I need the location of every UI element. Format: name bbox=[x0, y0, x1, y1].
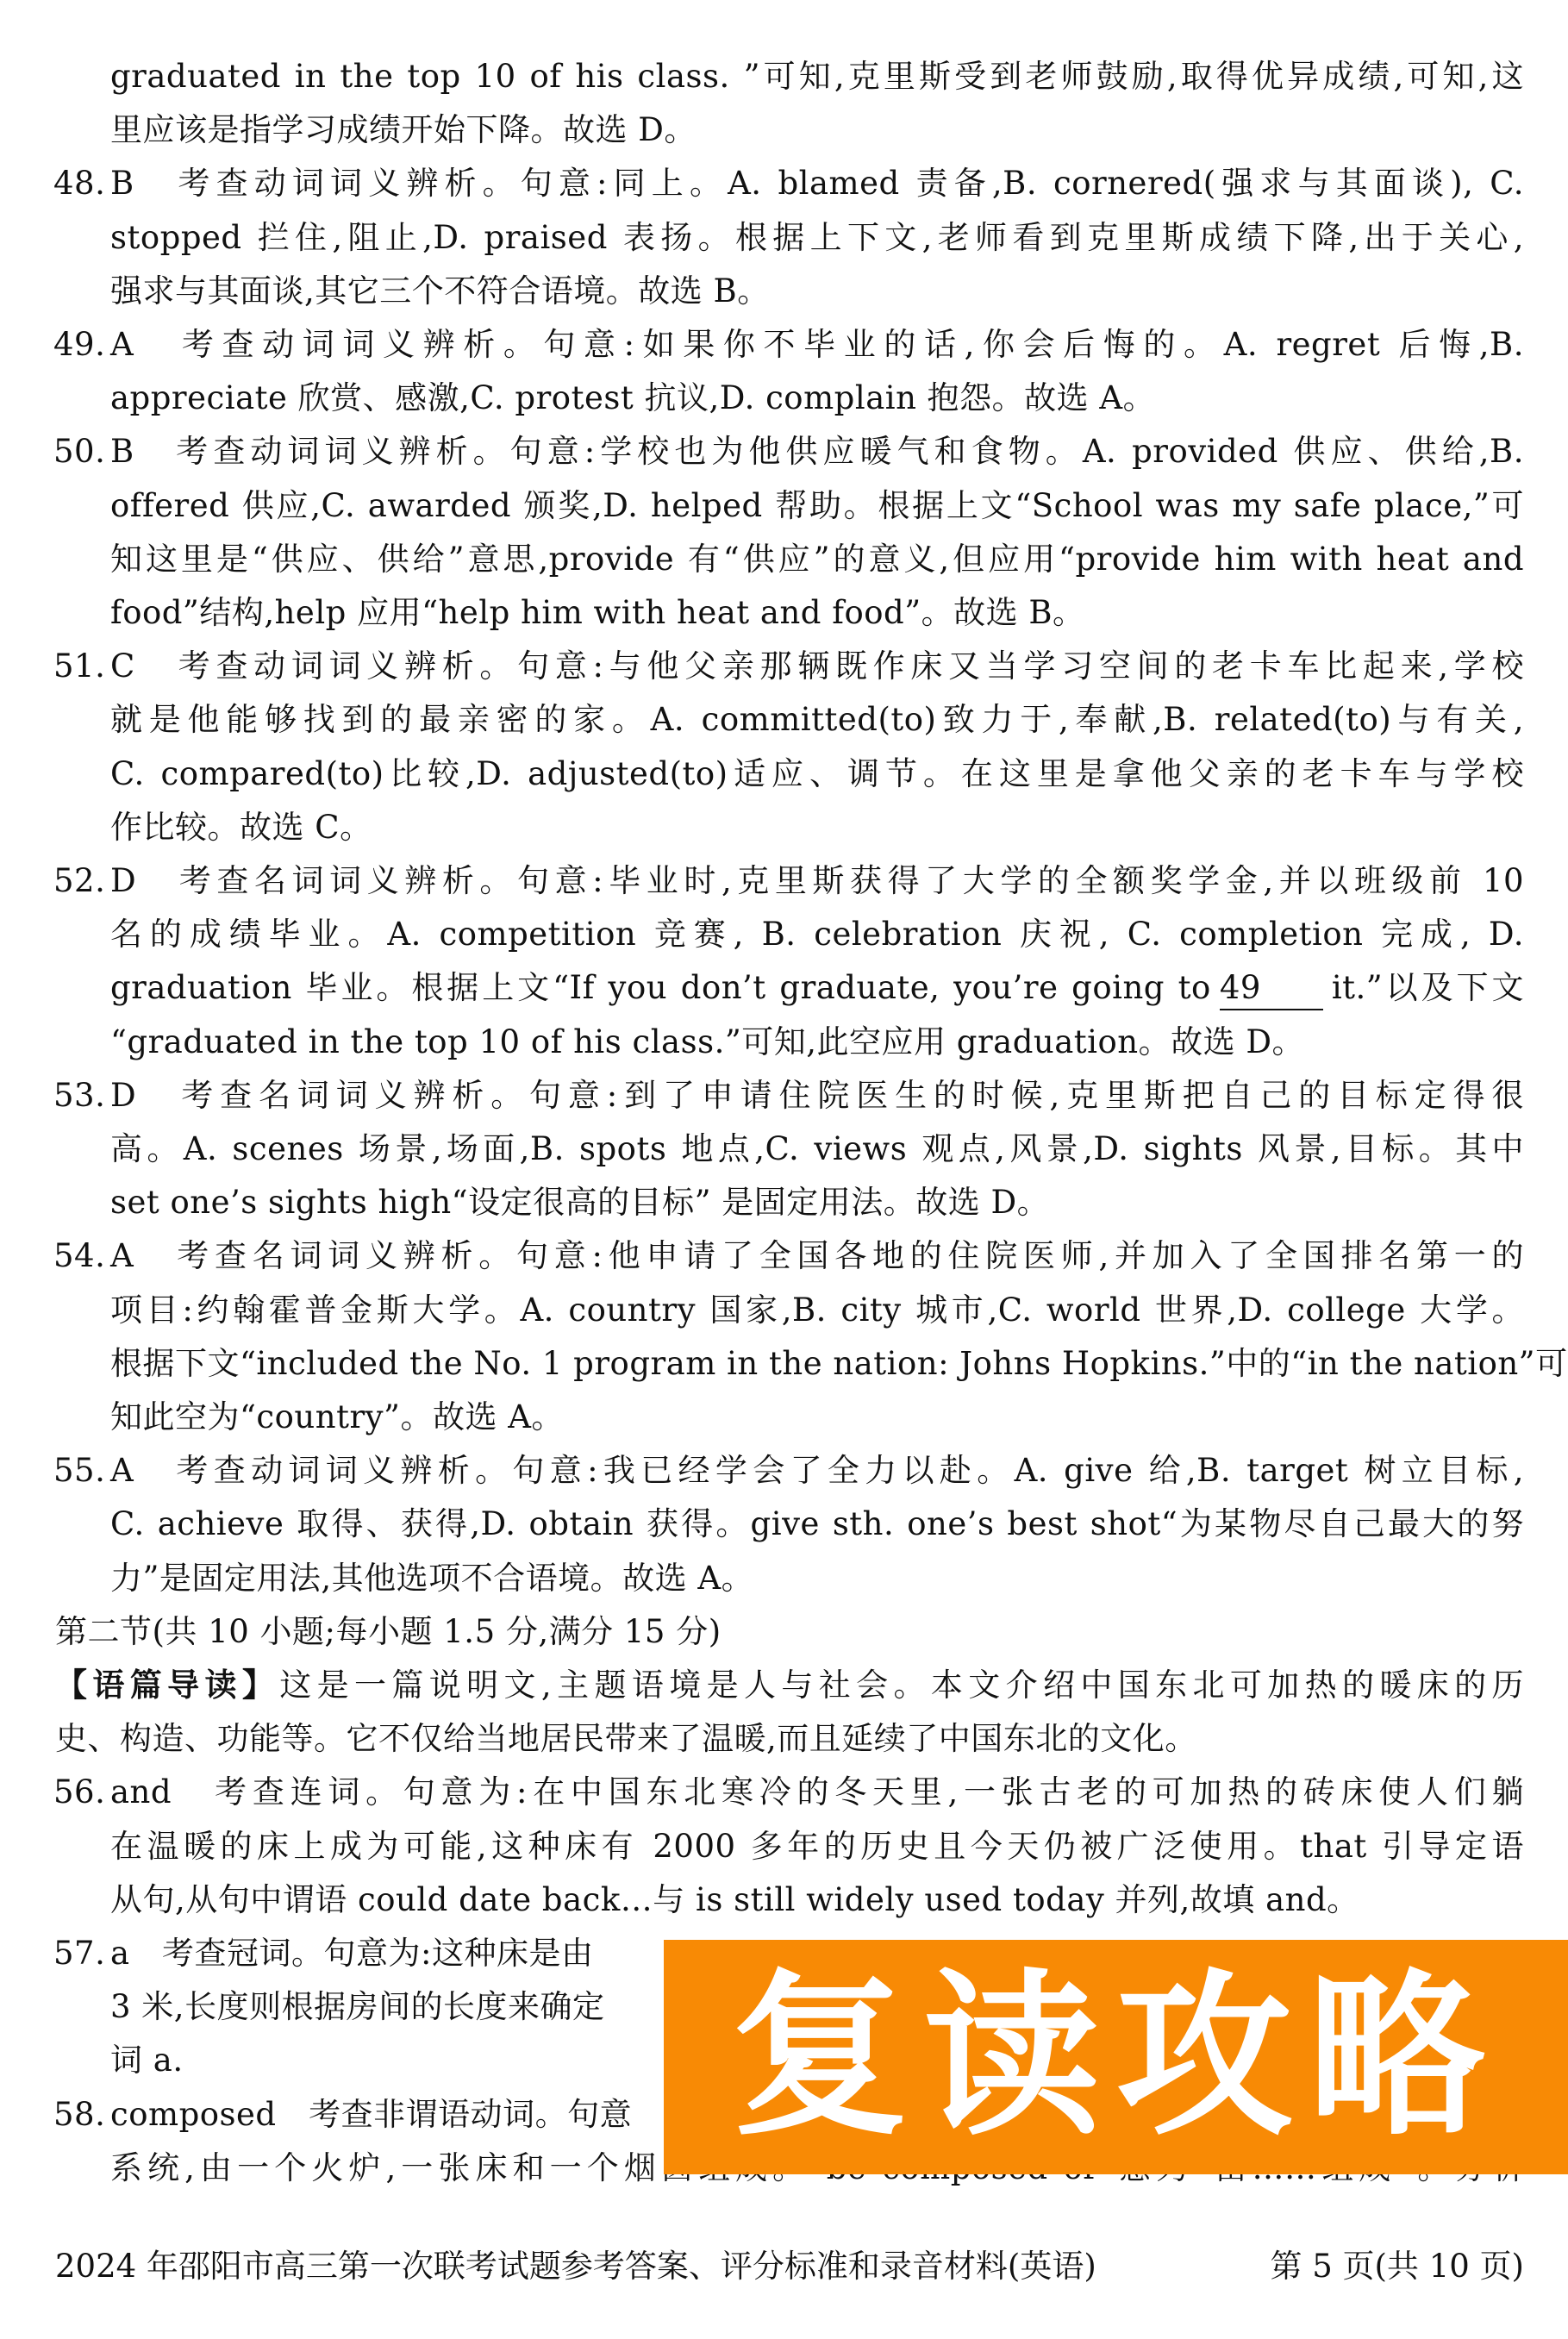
line-text: graduated in the top 10 of his class. ”可… bbox=[110, 58, 1524, 95]
document-page: graduated in the top 10 of his class. ”可… bbox=[0, 0, 1568, 2339]
text-line: 里应该是指学习成绩开始下降。故选 D。 bbox=[110, 103, 1524, 157]
text-line: appreciate 欣赏、感激,C. protest 抗议,D. compla… bbox=[110, 372, 1524, 425]
text-line: 高。A. scenes 场景,场面,B. spots 地点,C. views 观… bbox=[110, 1123, 1524, 1176]
watermark-banner: 复读攻略 bbox=[664, 1940, 1568, 2174]
line-text: 强求与其面谈,其它三个不符合语境。故选 B。 bbox=[110, 272, 770, 310]
question-number: 49. bbox=[53, 318, 105, 372]
line-text: appreciate 欣赏、感激,C. protest 抗议,D. compla… bbox=[110, 379, 1155, 416]
line-text: 根据下文“included the No. 1 program in the n… bbox=[110, 1345, 1568, 1382]
text-line: 强求与其面谈,其它三个不符合语境。故选 B。 bbox=[110, 265, 1524, 318]
blank-number: 49 bbox=[1220, 967, 1323, 1010]
question-number: 50. bbox=[53, 425, 105, 478]
text-line: 项目:约翰霍普金斯大学。A. country 国家,B. city 城市,C. … bbox=[110, 1284, 1524, 1337]
text-line: food”结构,help 应用“help him with heat and f… bbox=[110, 586, 1524, 640]
line-text: 史、构造、功能等。它不仅给当地居民带来了温暖,而且延续了中国东北的文化。 bbox=[55, 1720, 1197, 1757]
line-text: 词 a. bbox=[110, 2042, 184, 2079]
answer-item-line: 55.A 考查动词词义辨析。句意:我已经学会了全力以赴。A. give 给,B.… bbox=[110, 1444, 1524, 1498]
line-text: D 考查名词词义辨析。句意:毕业时,克里斯获得了大学的全额奖学金,并以班级前 1… bbox=[110, 862, 1524, 899]
line-text: C 考查动词词义辨析。句意:与他父亲那辆既作床又当学习空间的老卡车比起来,学校 bbox=[110, 647, 1524, 685]
line-text: 知此空为“country”。故选 A。 bbox=[110, 1398, 564, 1435]
answer-item-line: 52.D 考查名词词义辨析。句意:毕业时,克里斯获得了大学的全额奖学金,并以班级… bbox=[110, 854, 1524, 908]
footer-title: 2024 年邵阳市高三第一次联考试题参考答案、评分标准和录音材料(英语) bbox=[55, 2240, 1096, 2293]
line-text: B 考查动词词义辨析。句意:同上。A. blamed 责备,B. cornere… bbox=[110, 165, 1524, 202]
question-number: 54. bbox=[53, 1229, 105, 1283]
text-line: graduation 毕业。根据上文“If you don’t graduate… bbox=[110, 961, 1524, 1015]
line-text: 名的成绩毕业。A. competition 竞赛, B. celebration… bbox=[110, 916, 1524, 953]
line-text: set one’s sights high“设定很高的目标” 是固定用法。故选 … bbox=[110, 1184, 1049, 1221]
text-line: C. achieve 取得、获得,D. obtain 获得。give sth. … bbox=[110, 1498, 1524, 1551]
line-text: 力”是固定用法,其他选项不合语境。故选 A。 bbox=[110, 1560, 753, 1597]
answer-item-line: 49.A 考查动词词义辨析。句意:如果你不毕业的话,你会后悔的。A. regre… bbox=[110, 318, 1524, 372]
answer-item-line: 48.B 考查动词词义辨析。句意:同上。A. blamed 责备,B. corn… bbox=[110, 157, 1524, 210]
line-text: stopped 拦住,阻止,D. praised 表扬。根据上下文,老师看到克里… bbox=[110, 219, 1524, 256]
line-text: A 考查动词词义辨析。句意:我已经学会了全力以赴。A. give 给,B. ta… bbox=[110, 1452, 1524, 1489]
text-line: 作比较。故选 C。 bbox=[110, 801, 1524, 854]
line-text: A 考查动词词义辨析。句意:如果你不毕业的话,你会后悔的。A. regret 后… bbox=[110, 326, 1524, 363]
answer-item-line: 50.B 考查动词词义辨析。句意:学校也为他供应暖气和食物。A. provide… bbox=[110, 425, 1524, 478]
text-line: 第二节(共 10 小题;每小题 1.5 分,满分 15 分) bbox=[55, 1605, 1469, 1659]
text-line: stopped 拦住,阻止,D. praised 表扬。根据上下文,老师看到克里… bbox=[110, 211, 1524, 265]
question-number: 55. bbox=[53, 1444, 105, 1498]
text-line: 力”是固定用法,其他选项不合语境。故选 A。 bbox=[110, 1552, 1524, 1605]
line-text: C. achieve 取得、获得,D. obtain 获得。give sth. … bbox=[110, 1505, 1524, 1542]
section-label: 【语篇导读】 bbox=[55, 1667, 279, 1704]
answer-item-line: 54.A 考查名词词义辨析。句意:他申请了全国各地的住院医师,并加入了全国排名第… bbox=[110, 1229, 1524, 1283]
line-text: 项目:约翰霍普金斯大学。A. country 国家,B. city 城市,C. … bbox=[110, 1291, 1524, 1329]
text-line: 知这里是“供应、供给”意思,provide 有“供应”的意义,但应用“provi… bbox=[110, 533, 1524, 586]
line-text: 里应该是指学习成绩开始下降。故选 D。 bbox=[110, 111, 697, 148]
line-text: 知这里是“供应、供给”意思,provide 有“供应”的意义,但应用“provi… bbox=[110, 541, 1524, 578]
question-number: 57. bbox=[53, 1927, 105, 1980]
text-line: 从句,从句中谓语 could date back…与 is still wide… bbox=[110, 1873, 1524, 1927]
line-text: and 考查连词。句意为:在中国东北寒冷的冬天里,一张古老的可加热的砖床使人们躺 bbox=[110, 1773, 1524, 1811]
text-line: set one’s sights high“设定很高的目标” 是固定用法。故选 … bbox=[110, 1176, 1524, 1229]
line-text: “graduated in the top 10 of his class.”可… bbox=[110, 1023, 1304, 1060]
line-text: 就是他能够找到的最亲密的家。A. committed(to)致力于,奉献,B. … bbox=[110, 701, 1524, 738]
line-text-after: it.”以及下文 bbox=[1332, 969, 1524, 1006]
watermark-text: 复读攻略 bbox=[732, 1969, 1501, 2146]
text-line: 名的成绩毕业。A. competition 竞赛, B. celebration… bbox=[110, 908, 1524, 961]
line-text: 高。A. scenes 场景,场面,B. spots 地点,C. views 观… bbox=[110, 1130, 1524, 1167]
line-text: 作比较。故选 C。 bbox=[110, 809, 372, 846]
text-line: C. compared(to)比较,D. adjusted(to)适应、调节。在… bbox=[110, 747, 1524, 801]
line-text: D 考查名词词义辨析。句意:到了申请住院医生的时候,克里斯把自己的目标定得很 bbox=[110, 1077, 1524, 1114]
text-line: 【语篇导读】这是一篇说明文,主题语境是人与社会。本文介绍中国东北可加热的暖床的历 bbox=[55, 1659, 1524, 1712]
question-number: 51. bbox=[53, 640, 105, 693]
text-line: “graduated in the top 10 of his class.”可… bbox=[110, 1016, 1524, 1069]
line-text: composed 考查非谓语动词。句意 bbox=[110, 2096, 632, 2133]
question-number: 56. bbox=[53, 1766, 105, 1819]
question-number: 58. bbox=[53, 2088, 105, 2142]
line-text: B 考查动词词义辨析。句意:学校也为他供应暖气和食物。A. provided 供… bbox=[110, 433, 1524, 470]
text-line: 知此空为“country”。故选 A。 bbox=[110, 1391, 1524, 1444]
line-text: 3 米,长度则根据房间的长度来确定 bbox=[110, 1988, 605, 2025]
answer-item-line: 56.and 考查连词。句意为:在中国东北寒冷的冬天里,一张古老的可加热的砖床使… bbox=[110, 1766, 1524, 1819]
line-text: 从句,从句中谓语 could date back…与 is still wide… bbox=[110, 1881, 1359, 1918]
line-text: 在温暖的床上成为可能,这种床有 2000 多年的历史且今天仍被广泛使用。that… bbox=[110, 1828, 1524, 1865]
page-footer: 2024 年邵阳市高三第一次联考试题参考答案、评分标准和录音材料(英语) 第 5… bbox=[55, 2240, 1524, 2293]
answer-item-line: 51.C 考查动词词义辨析。句意:与他父亲那辆既作床又当学习空间的老卡车比起来,… bbox=[110, 640, 1524, 693]
text-line: offered 供应,C. awarded 颁奖,D. helped 帮助。根据… bbox=[110, 479, 1524, 533]
question-number: 53. bbox=[53, 1069, 105, 1123]
line-text: C. compared(to)比较,D. adjusted(to)适应、调节。在… bbox=[110, 755, 1524, 792]
line-text: A 考查名词词义辨析。句意:他申请了全国各地的住院医师,并加入了全国排名第一的 bbox=[110, 1237, 1524, 1274]
line-text: 第二节(共 10 小题;每小题 1.5 分,满分 15 分) bbox=[55, 1613, 722, 1650]
line-text: a 考查冠词。句意为:这种床是由 bbox=[110, 1935, 594, 1972]
line-text: food”结构,help 应用“help him with heat and f… bbox=[110, 594, 1085, 631]
text-line: 在温暖的床上成为可能,这种床有 2000 多年的历史且今天仍被广泛使用。that… bbox=[110, 1820, 1524, 1873]
question-number: 48. bbox=[53, 157, 105, 210]
line-text: graduation 毕业。根据上文“If you don’t graduate… bbox=[110, 969, 1211, 1006]
line-text: 这是一篇说明文,主题语境是人与社会。本文介绍中国东北可加热的暖床的历 bbox=[279, 1667, 1524, 1704]
text-line: 就是他能够找到的最亲密的家。A. committed(to)致力于,奉献,B. … bbox=[110, 693, 1524, 747]
text-line: 根据下文“included the No. 1 program in the n… bbox=[110, 1337, 1524, 1391]
line-text: offered 供应,C. awarded 颁奖,D. helped 帮助。根据… bbox=[110, 487, 1524, 524]
page-number: 第 5 页(共 10 页) bbox=[1270, 2240, 1524, 2293]
answer-item-line: 53.D 考查名词词义辨析。句意:到了申请住院医生的时候,克里斯把自己的目标定得… bbox=[110, 1069, 1524, 1123]
text-line: 史、构造、功能等。它不仅给当地居民带来了温暖,而且延续了中国东北的文化。 bbox=[55, 1712, 1524, 1766]
question-number: 52. bbox=[53, 854, 105, 908]
text-line: graduated in the top 10 of his class. ”可… bbox=[110, 50, 1524, 103]
